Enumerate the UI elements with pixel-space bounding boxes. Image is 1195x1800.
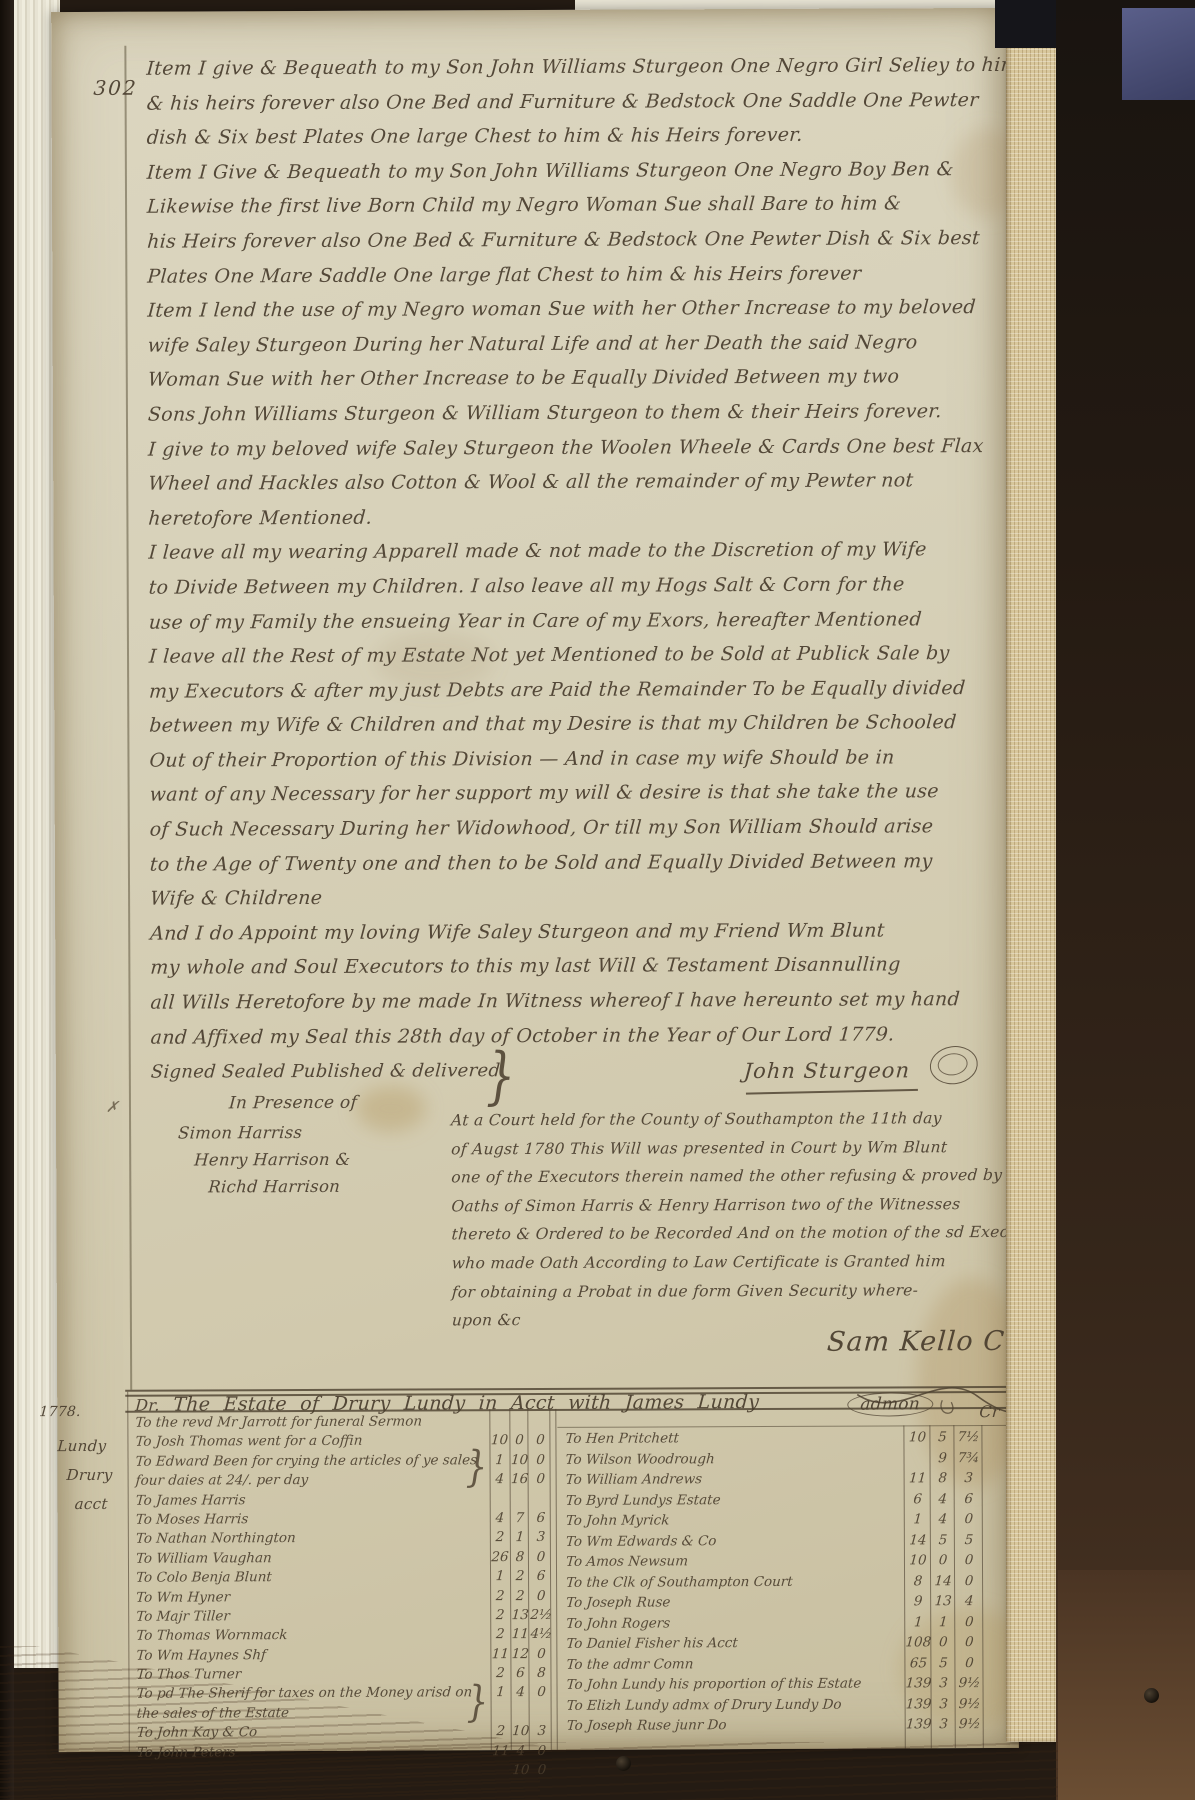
amount-pence: 2½ (529, 1606, 554, 1625)
screw-head (616, 1756, 631, 1771)
will-text-line: wife Saley Sturgeon During her Natural L… (147, 325, 1021, 363)
amount-pounds: 139 (904, 1674, 933, 1693)
amount-shillings: 4 (511, 1683, 530, 1702)
amount-shillings: 13 (511, 1606, 530, 1625)
debit-entry-label: To Nathan Northington (135, 1529, 296, 1549)
amount-pence: 5 (953, 1531, 984, 1550)
amount-shillings: 10 (511, 1722, 530, 1741)
will-text-line: Wheel and Hackles also Cotton & Wool & a… (147, 463, 1021, 501)
will-text-line: Likewise the first live Born Child my Ne… (146, 186, 1020, 224)
debit-row: To Edward Been for crying the articles o… (127, 1451, 555, 1472)
amount-pounds: 1 (487, 1451, 512, 1470)
will-text-line: his Heirs forever also One Bed & Furnitu… (146, 221, 1020, 259)
amount-shillings: 1 (932, 1613, 955, 1632)
amount-shillings: 5 (932, 1654, 955, 1673)
debit-row: To Majr Tiller 2 13 2½ (128, 1606, 556, 1627)
debit-entry-label: To the revd Mr Jarrott for funeral Sermo… (135, 1412, 423, 1432)
debit-row: To Wm Haynes Shf 11 12 0 (128, 1645, 556, 1666)
will-text-line: I leave all the Rest of my Estate Not ye… (148, 636, 1022, 674)
amount-pounds: 2 (488, 1625, 513, 1644)
will-text-line: Item I give & Bequeath to my Son John Wi… (145, 48, 1019, 86)
testator-signature: John Sturgeon (743, 1058, 911, 1083)
will-text-line: between my Wife & Children and that my D… (148, 705, 1022, 743)
credit-entry-label: To Elizh Lundy admx of Drury Lundy Do (566, 1695, 842, 1715)
amount-shillings: 7 (510, 1509, 529, 1528)
margin-note-word: Lundy (57, 1432, 114, 1461)
attestation-line: Signed Sealed Published & delivered (150, 1060, 501, 1083)
credit-row: To Wilson Woodrough 9 7¾ (557, 1448, 1013, 1470)
amount-pence: 0 (953, 1572, 984, 1591)
will-text-line: & his heirs forever also One Bed and Fur… (145, 82, 1019, 120)
credit-entry-label: To Wilson Woodrough (565, 1450, 715, 1470)
probate-text-line: thereto & Ordered to be Recorded And on … (451, 1218, 1028, 1249)
amount-pence: 0 (954, 1633, 985, 1652)
amount-pounds: 6 (903, 1490, 932, 1509)
will-text-line: Plates One Mare Saddle One large flat Ch… (146, 255, 1020, 293)
margin-account-note: LundyDruryacct (57, 1432, 112, 1519)
amount-shillings: 8 (931, 1469, 954, 1488)
amount-shillings: 3 (932, 1674, 955, 1693)
amount-pence: 4½ (529, 1625, 554, 1644)
credit-column-label: Cr (979, 1402, 1001, 1421)
amount-pence: 0 (953, 1551, 984, 1570)
amount-shillings: 0 (932, 1633, 955, 1652)
debit-entry-label: To James Harris (135, 1491, 246, 1510)
credit-entry-label: To Joseph Ruse (566, 1593, 671, 1612)
amount-pounds: 1 (488, 1684, 513, 1703)
amount-pence: 3 (528, 1528, 553, 1547)
credit-row: To Wm Edwards & Co 14 5 5 (558, 1530, 1014, 1552)
credit-row: To William Andrews 11 8 3 (558, 1469, 1014, 1491)
debit-row: To Josh Thomas went for a Coffin 10 0 0 (127, 1431, 555, 1452)
will-text-line: Item I Give & Bequeath to my Son John Wi… (146, 152, 1020, 190)
amount-shillings: 10 (510, 1451, 529, 1470)
debit-entry-label: To Wm Haynes Shf (136, 1646, 267, 1666)
signature-underline (746, 1089, 918, 1094)
probate-text-line: one of the Executors therein named the o… (450, 1161, 1027, 1192)
will-text-line: dish & Six best Plates One large Chest t… (146, 117, 1020, 155)
amount-shillings: 9 (931, 1449, 954, 1468)
amount-pence: 7¾ (953, 1449, 984, 1468)
will-text-line: I give to my beloved wife Saley Sturgeon… (147, 428, 1021, 466)
amount-pence: 6 (953, 1490, 984, 1509)
credit-entry-label: To Amos Newsum (565, 1552, 688, 1572)
amount-pounds: 2 (488, 1606, 513, 1625)
amount-pence: 9½ (954, 1715, 985, 1734)
amount-pounds: 4 (487, 1470, 512, 1489)
credit-entry-label: To William Andrews (565, 1470, 703, 1490)
will-text-line: my whole and Soul Executors to this my l… (149, 947, 1023, 985)
amount-pounds: 10 (903, 1551, 932, 1570)
amount-pence: 9½ (954, 1695, 985, 1714)
amount-pence: 0 (529, 1586, 554, 1605)
amount-pounds: 10 (487, 1431, 512, 1450)
amount-shillings: 5 (931, 1428, 954, 1447)
brace-glyph: } (486, 1039, 516, 1112)
credit-row: To Byrd Lundys Estate 6 4 6 (558, 1489, 1014, 1511)
will-text-line: Sons John Williams Sturgeon & William St… (147, 394, 1021, 432)
page-number: 302 (93, 76, 139, 100)
witness-presence-line: In Presence of (228, 1093, 357, 1114)
witness-list: Simon HarrissHenry Harrison &Richd Harri… (178, 1119, 351, 1201)
credit-row: To Amos Newsum 10 0 0 (558, 1551, 1014, 1573)
will-text-line: of Such Necessary During her Widowhood, … (149, 809, 1023, 847)
amount-pounds: 1 (903, 1510, 932, 1529)
amount-pounds: 2 (488, 1664, 513, 1683)
credit-entries: To Hen Pritchett 10 5 7½ To Wilson Woodr… (557, 1428, 1014, 1737)
amount-pence: 0 (954, 1613, 985, 1632)
amount-shillings: 14 (931, 1572, 954, 1591)
credit-row: To Hen Pritchett 10 5 7½ (557, 1428, 1013, 1450)
probate-text-line: who made Oath According to Law Certifica… (451, 1247, 1028, 1278)
amount-pounds: 11 (488, 1645, 513, 1664)
amount-pounds: 108 (904, 1633, 933, 1652)
amount-pence: 0 (528, 1548, 553, 1567)
debit-entry-label: To Colo Benja Blunt (135, 1568, 272, 1588)
amount-shillings: 6 (511, 1664, 530, 1683)
margin-note-word: Drury (66, 1461, 114, 1490)
amount-pence: 4 (954, 1592, 985, 1611)
will-text-line: Item I lend the use of my Negro woman Su… (146, 290, 1020, 328)
amount-pounds: 9 (904, 1592, 933, 1611)
clerk-signature: Sam Kello C (826, 1326, 1006, 1358)
credit-row: To Joseph Ruse junr Do 139 3 9½ (559, 1715, 1015, 1737)
will-text-line: Out of their Proportion of this Division… (148, 740, 1022, 778)
amount-pounds: 4 (487, 1509, 512, 1528)
amount-pence: 9½ (954, 1674, 985, 1693)
will-body-text: Item I give & Bequeath to my Son John Wi… (146, 48, 1022, 1055)
binding-cloth-tape (1006, 42, 1058, 1742)
probate-paragraph: At a Court held for the County of Southa… (451, 1104, 1027, 1335)
credit-row: To the admr Comn 65 5 0 (558, 1653, 1014, 1675)
credit-row: To Elizh Lundy admx of Drury Lundy Do 13… (559, 1694, 1015, 1716)
debit-row: To Wm Hyner 2 2 0 (128, 1586, 556, 1607)
amount-shillings: 13 (932, 1592, 955, 1611)
debit-row: four daies at 24/. per day 4 16 0 (128, 1470, 556, 1491)
amount-pence: 8 (529, 1664, 554, 1683)
amount-shillings: 5 (931, 1531, 954, 1550)
debit-row: To the revd Mr Jarrott for funeral Sermo… (127, 1412, 555, 1433)
debit-entry-label: To Majr Tiller (136, 1607, 231, 1626)
brace-glyph: } (465, 1442, 487, 1492)
will-text-line: my Executors & after my just Debts are P… (148, 671, 1022, 709)
will-text-line: want of any Necessary for her support my… (148, 774, 1022, 812)
amount-pence: 6 (528, 1567, 553, 1586)
debit-entry-label: To William Vaughan (135, 1549, 272, 1569)
amount-pounds: 2 (488, 1587, 513, 1606)
credit-entry-label: To Wm Edwards & Co (565, 1532, 717, 1552)
will-text-line: Woman Sue with her Other Increase to be … (147, 359, 1021, 397)
witness-name: Henry Harrison & (193, 1146, 351, 1174)
credit-row: To Daniel Fisher his Acct 108 0 0 (558, 1633, 1014, 1655)
amount-pounds: 1 (904, 1613, 933, 1632)
amount-pence: 7½ (953, 1428, 984, 1447)
amount-pence: 3 (953, 1469, 984, 1488)
debit-entry-label: To Wm Hyner (136, 1588, 231, 1607)
will-text-line: to Divide Between my Children. I also le… (148, 567, 1022, 605)
credit-row: To John Rogers 1 1 0 (558, 1612, 1014, 1634)
credit-entry-label: To Joseph Ruse junr Do (566, 1716, 727, 1736)
probate-text-line: for obtaining a Probat in due form Given… (451, 1275, 1028, 1306)
amount-pounds: 10 (903, 1428, 932, 1447)
amount-pounds: 139 (904, 1695, 933, 1714)
witness-name: Simon Harriss (177, 1119, 351, 1147)
credit-row: To the Clk of Southampton Court 8 14 0 (558, 1571, 1014, 1593)
paper-stain (356, 1085, 426, 1131)
credit-entry-label: To John Rogers (566, 1614, 671, 1633)
debit-entry-label: To Edward Been for crying the articles o… (135, 1451, 478, 1471)
amount-pounds: 2 (487, 1528, 512, 1547)
amount-pounds: 26 (487, 1548, 512, 1567)
witness-name: Richd Harrison (207, 1173, 351, 1201)
amount-shillings: 12 (511, 1645, 530, 1664)
will-text-line: Wife & Childrene (149, 878, 1023, 916)
amount-shillings: 16 (510, 1470, 529, 1489)
will-text-line: use of my Family the ensueing Year in Ca… (148, 601, 1022, 639)
amount-pounds: 11 (903, 1469, 932, 1488)
amount-pence: 0 (953, 1510, 984, 1529)
probate-text-line: At a Court held for the County of Southa… (450, 1104, 1027, 1135)
credit-entry-label: To John Myrick (565, 1511, 670, 1530)
credit-entry-label: To Hen Pritchett (565, 1429, 680, 1449)
credit-row: To Joseph Ruse 9 13 4 (558, 1592, 1014, 1614)
amount-shillings: 0 (931, 1551, 954, 1570)
amount-shillings: 1 (510, 1528, 529, 1547)
amount-pounds: 8 (903, 1572, 932, 1591)
will-text-line: all Wills Heretofore by me made In Witne… (149, 982, 1023, 1020)
debit-entry-label: To Josh Thomas went for a Coffin (135, 1432, 363, 1452)
credit-entry-label: To the Clk of Southampton Court (565, 1572, 793, 1592)
probate-text-line: of Augst 1780 This Will was presented in… (450, 1132, 1027, 1163)
amount-pounds: 139 (904, 1715, 933, 1734)
background-shadow (1056, 0, 1195, 1800)
amount-pence: 0 (528, 1470, 553, 1489)
amount-pounds: 1 (487, 1567, 512, 1586)
will-text-line: And I do Appoint my loving Wife Saley St… (149, 913, 1023, 951)
manuscript-page: 302 Item I give & Bequeath to my Son Joh… (51, 8, 1019, 1752)
credit-entry-label: To the admr Comn (566, 1655, 694, 1675)
amount-pounds: 14 (903, 1531, 932, 1550)
amount-shillings: 3 (932, 1695, 955, 1714)
amount-pounds: 65 (904, 1654, 933, 1673)
margin-note-word: acct (74, 1490, 114, 1519)
amount-pence: 0 (529, 1683, 554, 1702)
probate-text-line: Oaths of Simon Harris & Henry Harrison t… (450, 1190, 1027, 1221)
amount-shillings: 11 (511, 1625, 530, 1644)
will-text-line: heretofore Mentioned. (147, 498, 1021, 536)
amount-pence: 0 (528, 1431, 553, 1450)
amount-pence: 3 (529, 1722, 554, 1741)
amount-shillings: 3 (932, 1715, 955, 1734)
amount-shillings: 0 (510, 1431, 529, 1450)
amount-shillings: 8 (510, 1548, 529, 1567)
debit-entry-label: To Thomas Wornmack (136, 1626, 288, 1646)
amount-shillings: 2 (510, 1567, 529, 1586)
credit-row: To John Myrick 1 4 0 (558, 1510, 1014, 1532)
debit-entry-label: To Moses Harris (135, 1510, 249, 1529)
debit-row: To Nathan Northington 2 1 3 (128, 1528, 556, 1549)
screw-head (1144, 1688, 1159, 1703)
debit-row: To Colo Benja Blunt 1 2 6 (128, 1567, 556, 1588)
amount-shillings: 4 (931, 1510, 954, 1529)
amount-pence: 0 (528, 1451, 553, 1470)
book-spine-shadow (0, 0, 14, 1800)
brace-glyph: } (466, 1677, 488, 1727)
debit-row: To William Vaughan 26 8 0 (128, 1548, 556, 1569)
photographed-will-book-page: 302 Item I give & Bequeath to my Son Joh… (0, 0, 1195, 1800)
debit-row: To Thomas Wornmack 2 11 4½ (128, 1625, 556, 1646)
will-text-line: to the Age of Twenty one and then to be … (149, 844, 1023, 882)
margin-rule-line (124, 46, 131, 1390)
account-year: 1778. (39, 1404, 82, 1420)
margin-x-mark: ✗ (105, 1098, 119, 1116)
debit-entry-label: four daies at 24/. per day (135, 1471, 309, 1491)
credit-row: To John Lundy his proportion of this Est… (558, 1674, 1014, 1696)
credit-entry-label: To Daniel Fisher his Acct (566, 1634, 739, 1654)
amount-pence: 0 (529, 1645, 554, 1664)
will-text-line: and Affixed my Seal this 28th day of Oct… (150, 1016, 1024, 1054)
amount-shillings: 2 (511, 1587, 530, 1606)
book-cover-corner (1122, 8, 1195, 100)
debit-row: To James Harris (128, 1489, 556, 1510)
amount-shillings: 4 (931, 1490, 954, 1509)
wood-board (0, 1742, 1195, 1800)
amount-pence: 0 (954, 1654, 985, 1673)
credit-entry-label: To Byrd Lundys Estate (565, 1491, 721, 1511)
debit-row: To Moses Harris 4 7 6 (128, 1509, 556, 1530)
amount-pence: 6 (528, 1509, 553, 1528)
credit-entry-label: To John Lundy his proportion of this Est… (566, 1675, 862, 1695)
wood-board (1058, 1570, 1195, 1800)
will-text-line: I leave all my wearing Apparell made & n… (147, 532, 1021, 570)
